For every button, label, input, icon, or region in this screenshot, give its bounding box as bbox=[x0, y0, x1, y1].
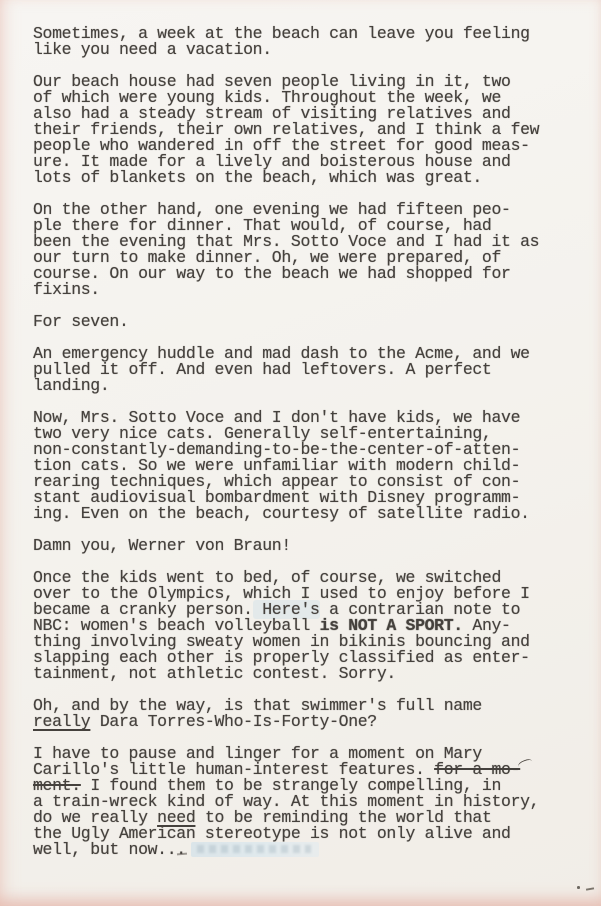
text-line: lots of blankets on the beach, which was… bbox=[33, 170, 593, 186]
paragraph: Our beach house had seven people living … bbox=[33, 74, 593, 186]
text-segment: tainment, not athletic contest. Sorry. bbox=[33, 664, 396, 683]
text-line: tainment, not athletic contest. Sorry. bbox=[33, 666, 593, 682]
text-segment: ing. Even on the beach, courtesy of sate… bbox=[33, 504, 530, 523]
struck-through-text: ment. bbox=[33, 776, 81, 795]
text-line: ing. Even on the beach, courtesy of sate… bbox=[33, 506, 593, 522]
underlined-text: really bbox=[33, 712, 90, 731]
paragraph: I have to pause and linger for a moment … bbox=[33, 746, 593, 858]
text-segment: Damn you, Werner von Braun! bbox=[33, 536, 291, 555]
paragraph: Now, Mrs. Sotto Voce and I don't have ki… bbox=[33, 410, 593, 522]
pen-mark bbox=[577, 884, 595, 892]
text-line: landing. bbox=[33, 378, 593, 394]
text-segment: lots of blankets on the beach, which was… bbox=[33, 168, 482, 187]
text-line: Damn you, Werner von Braun! bbox=[33, 538, 593, 554]
text-segment: course. On our way to the beach we had s… bbox=[33, 264, 511, 283]
text-line: fixins. bbox=[33, 282, 593, 298]
text-segment: landing. bbox=[33, 376, 109, 395]
text-line: pulled it off. And even had leftovers. A… bbox=[33, 362, 593, 378]
paragraph: Sometimes, a week at the beach can leave… bbox=[33, 26, 593, 58]
text-line: well, but now... bbox=[33, 842, 593, 858]
text-line: course. On our way to the beach we had s… bbox=[33, 266, 593, 282]
text-segment: well, but now... bbox=[33, 840, 186, 859]
erased-text-patch bbox=[191, 842, 319, 857]
text-segment: Dara Torres-Who-Is-Forty-One? bbox=[90, 712, 377, 731]
text-segment: like you need a vacation. bbox=[33, 40, 272, 59]
text-line: For seven. bbox=[33, 314, 593, 330]
paragraph: An emergency huddle and mad dash to the … bbox=[33, 346, 593, 394]
document-body: Sometimes, a week at the beach can leave… bbox=[33, 26, 593, 858]
text-segment: For seven. bbox=[33, 312, 129, 331]
text-line: like you need a vacation. bbox=[33, 42, 593, 58]
typewritten-page: Sometimes, a week at the beach can leave… bbox=[0, 0, 601, 906]
struck-through-text: for a mo- bbox=[434, 760, 520, 779]
paragraph: Oh, and by the way, is that swimmer's fu… bbox=[33, 698, 593, 730]
paragraph: Damn you, Werner von Braun! bbox=[33, 538, 593, 554]
paragraph: For seven. bbox=[33, 314, 593, 330]
paragraph: Once the kids went to bed, of course, we… bbox=[33, 570, 593, 682]
text-segment: fixins. bbox=[33, 280, 100, 299]
paragraph: On the other hand, one evening we had fi… bbox=[33, 202, 593, 298]
text-line: really Dara Torres-Who-Is-Forty-One? bbox=[33, 714, 593, 730]
